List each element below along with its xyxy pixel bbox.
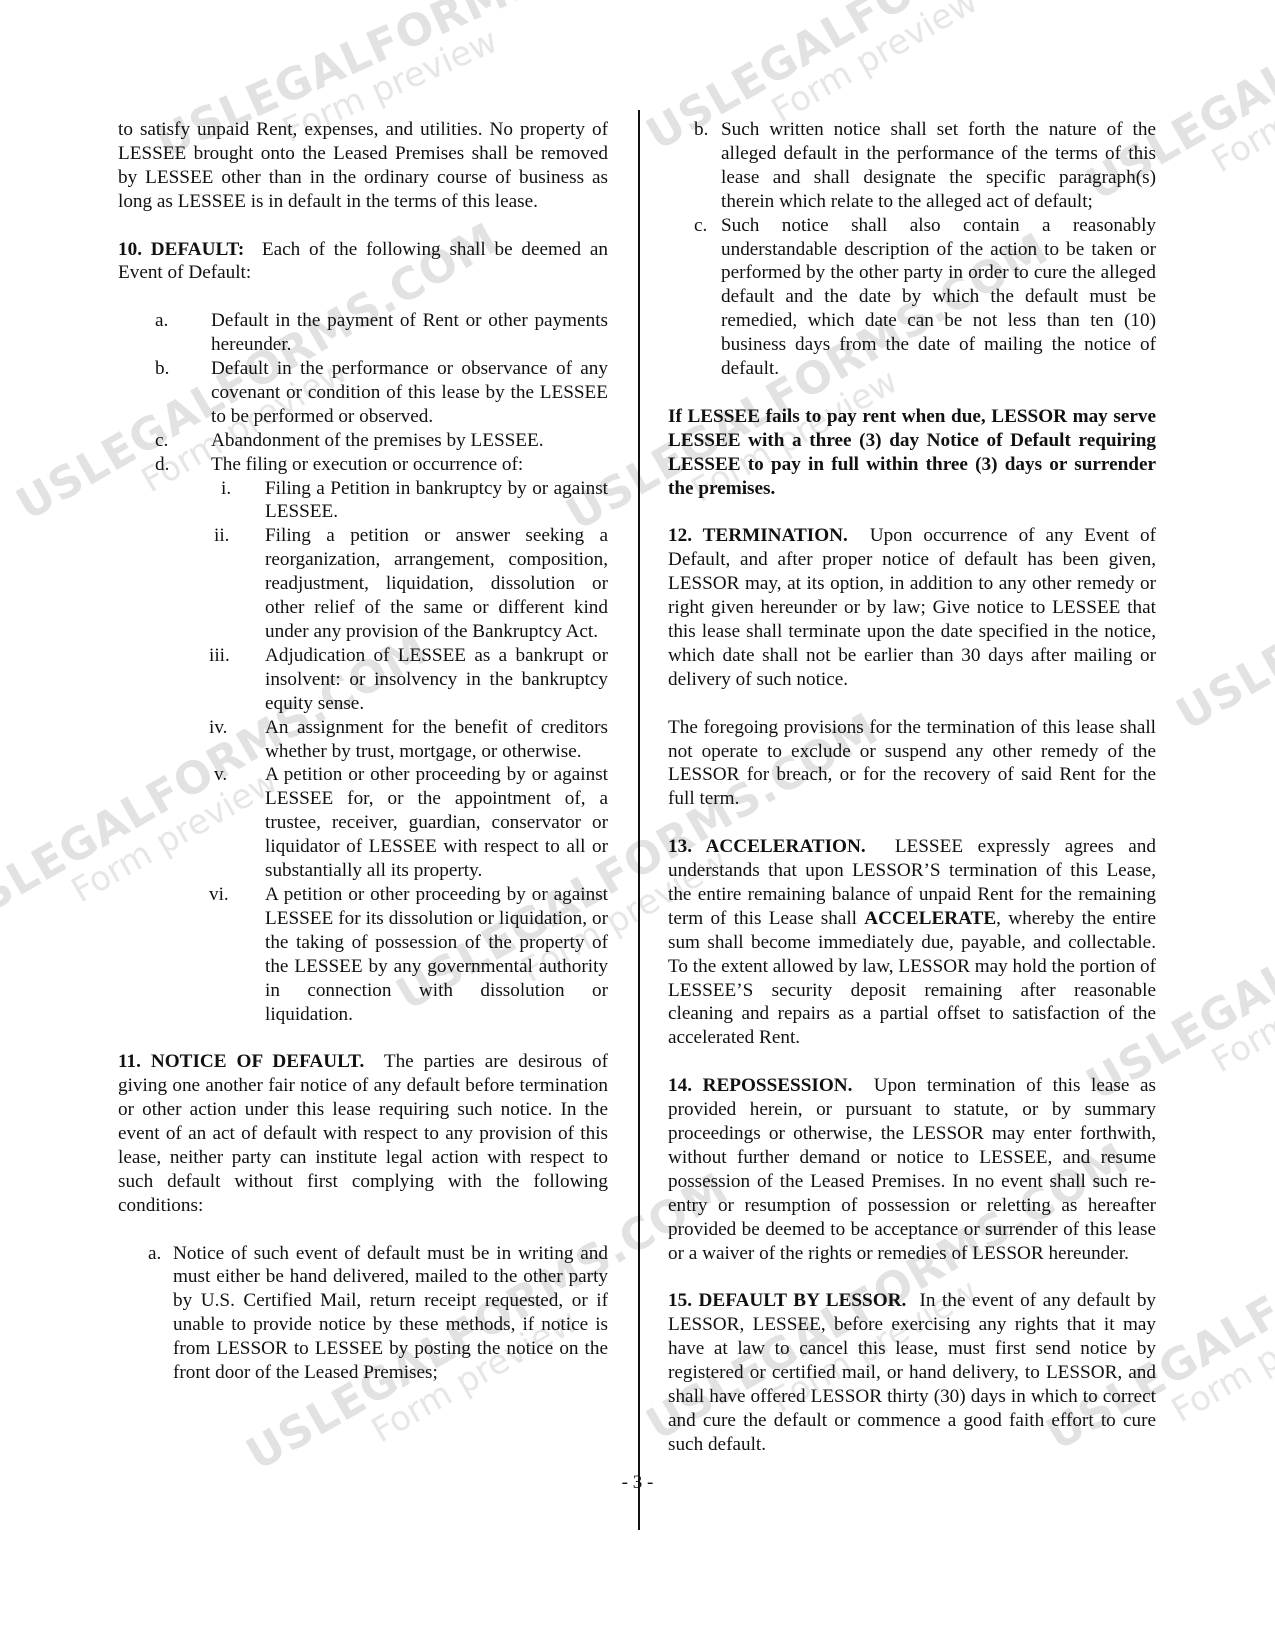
section-12: 12. TERMINATION. Upon occurrence of any … bbox=[668, 524, 1156, 691]
section-15: 15. DEFAULT BY LESSOR. In the event of a… bbox=[668, 1289, 1156, 1456]
sub-list-item: v. A petition or other proceeding by or … bbox=[118, 763, 608, 883]
sub-list-item: i. Filing a Petition in bankruptcy by or… bbox=[118, 477, 608, 525]
column-divider bbox=[638, 110, 640, 1530]
list-item: b. Default in the performance or observa… bbox=[118, 357, 608, 429]
section-11-intro: The parties are desirous of giving one a… bbox=[118, 1051, 608, 1215]
page-number: - 3 - bbox=[0, 1472, 1275, 1494]
section-13: 13. ACCELERATION. LESSEE expressly agree… bbox=[668, 835, 1156, 1050]
section-14-text: Upon termination of this lease as provid… bbox=[668, 1075, 1156, 1263]
section-11-heading: 11. NOTICE OF DEFAULT. bbox=[118, 1051, 364, 1072]
list-item: a. Default in the payment of Rent or oth… bbox=[118, 309, 608, 357]
section-15-text: In the event of any default by LESSOR, L… bbox=[668, 1290, 1156, 1454]
left-column: to satisfy unpaid Rent, expenses, and ut… bbox=[118, 118, 608, 1385]
rent-default-notice: If LESSEE fails to pay rent when due, LE… bbox=[668, 405, 1156, 501]
sub-list-item: vi. A petition or other proceeding by or… bbox=[118, 883, 608, 1026]
section-15-heading: 15. DEFAULT BY LESSOR. bbox=[668, 1290, 906, 1311]
section-12-heading: 12. TERMINATION. bbox=[668, 525, 848, 546]
intro-paragraph: to satisfy unpaid Rent, expenses, and ut… bbox=[118, 118, 608, 214]
list-item: c. Such notice shall also contain a reas… bbox=[668, 214, 1156, 381]
accelerate-emphasis: ACCELERATE bbox=[864, 908, 996, 929]
watermark: USLEGALFORMS.COM bbox=[1170, 427, 1275, 738]
section-11: 11. NOTICE OF DEFAULT. The parties are d… bbox=[118, 1050, 608, 1217]
right-column: b. Such written notice shall set forth t… bbox=[668, 118, 1156, 1457]
document-page: USLEGALFORMS.COM Form preview USLEGALFOR… bbox=[0, 0, 1275, 1650]
sub-list-item: ii. Filing a petition or answer seeking … bbox=[118, 524, 608, 644]
section-14: 14. REPOSSESSION. Upon termination of th… bbox=[668, 1074, 1156, 1265]
list-item: d. The filing or execution or occurrence… bbox=[118, 453, 608, 477]
list-item: b. Such written notice shall set forth t… bbox=[668, 118, 1156, 214]
sub-list-item: iv. An assignment for the benefit of cre… bbox=[118, 716, 608, 764]
section-12-followup: The foregoing provisions for the termina… bbox=[668, 716, 1156, 812]
section-12-text: Upon occurrence of any Event of Default,… bbox=[668, 525, 1156, 689]
section-14-heading: 14. REPOSSESSION. bbox=[668, 1075, 852, 1096]
section-10-heading: 10. DEFAULT: bbox=[118, 239, 244, 260]
section-13-heading: 13. ACCELERATION. bbox=[668, 836, 866, 857]
list-item: a. Notice of such event of default must … bbox=[118, 1242, 608, 1385]
section-10: 10. DEFAULT: Each of the following shall… bbox=[118, 238, 608, 286]
sub-list-item: iii. Adjudication of LESSEE as a bankrup… bbox=[118, 644, 608, 716]
list-item: c. Abandonment of the premises by LESSEE… bbox=[118, 429, 608, 453]
default-events-list: a. Default in the payment of Rent or oth… bbox=[118, 309, 608, 1026]
